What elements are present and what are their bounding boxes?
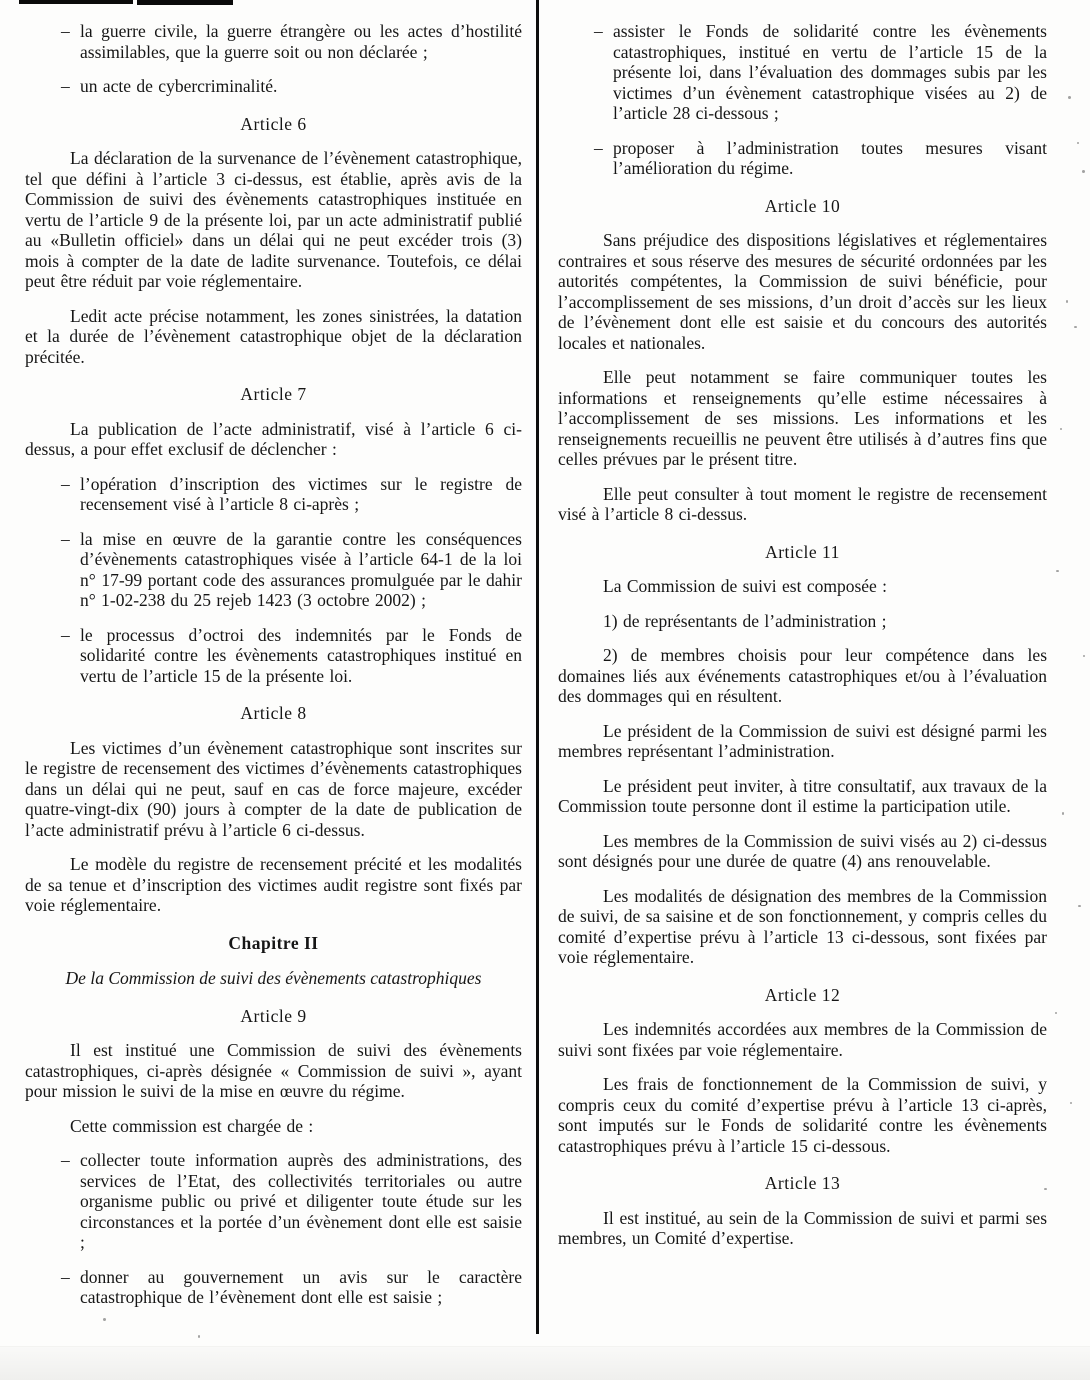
scan-speck — [103, 1318, 106, 1321]
bullet-dash: – — [594, 21, 613, 124]
bullet-dash: – — [61, 76, 80, 97]
bullet-dash: – — [61, 474, 80, 515]
bullet-dash: – — [594, 138, 613, 179]
paragraph: Il est institué une Commission de suivi … — [25, 1040, 522, 1102]
bullet-text: proposer à l’administration toutes mesur… — [613, 138, 1047, 179]
bullet-item: –la guerre civile, la guerre étrangère o… — [61, 21, 522, 62]
article-heading: Article 7 — [25, 384, 522, 405]
paragraph: 2) de membres choisis pour leur compéten… — [558, 645, 1047, 707]
scan-speck — [1082, 170, 1085, 173]
bullet-item: –proposer à l’administration toutes mesu… — [594, 138, 1047, 179]
left-column: –la guerre civile, la guerre étrangère o… — [0, 0, 537, 1308]
paragraph: Sans préjudice des dispositions législat… — [558, 230, 1047, 353]
paragraph: Ledit acte précise notamment, les zones … — [25, 306, 522, 368]
paragraph: Il est institué, au sein de la Commissio… — [558, 1208, 1047, 1249]
article-heading: Article 6 — [25, 114, 522, 135]
column-divider-rule — [536, 0, 539, 1334]
scan-speck — [1070, 1102, 1072, 1104]
bullet-item: –un acte de cybercriminalité. — [61, 76, 522, 97]
scanned-document-page: –la guerre civile, la guerre étrangère o… — [0, 0, 1090, 1380]
article-heading: Article 10 — [558, 196, 1047, 217]
article-heading: Article 11 — [558, 542, 1047, 563]
chapter-heading: Chapitre II — [25, 933, 522, 954]
bullet-text: le processus d’octroi des indemnités par… — [80, 625, 522, 687]
scan-speck — [198, 1335, 200, 1338]
bullet-text: l’opération d’inscription des victimes s… — [80, 474, 522, 515]
article-heading: Article 9 — [25, 1006, 522, 1027]
paragraph: Elle peut consulter à tout moment le reg… — [558, 484, 1047, 525]
scan-speck — [1066, 300, 1068, 303]
bullet-item: –la mise en œuvre de la garantie contre … — [61, 529, 522, 611]
scan-speck — [1077, 142, 1079, 144]
bullet-text: donner au gouvernement un avis sur le ca… — [80, 1267, 522, 1308]
paragraph: 1) de représentants de l’administration … — [558, 611, 1047, 632]
paragraph: Cette commission est chargée de : — [25, 1116, 522, 1137]
scan-speck — [1056, 570, 1059, 572]
bullet-text: assister le Fonds de solidarité contre l… — [613, 21, 1047, 124]
scan-bottom-band — [0, 1346, 1090, 1380]
paragraph: Le président de la Commission de suivi e… — [558, 721, 1047, 762]
section-title-italic: De la Commission de suivi des évènements… — [25, 968, 522, 989]
paragraph: Les indemnités accordées aux membres de … — [558, 1019, 1047, 1060]
paragraph: Les victimes d’un évènement catastrophiq… — [25, 738, 522, 841]
bullet-text: la guerre civile, la guerre étrangère ou… — [80, 21, 522, 62]
scan-speck — [1083, 655, 1085, 657]
paragraph: La Commission de suivi est composée : — [558, 576, 1047, 597]
scan-speck — [1074, 326, 1077, 328]
scan-speck — [1078, 905, 1081, 907]
scan-speck — [1062, 812, 1064, 815]
bullet-text: un acte de cybercriminalité. — [80, 76, 522, 97]
scan-speck — [1060, 428, 1062, 430]
paragraph: La publication de l’acte administratif, … — [25, 419, 522, 460]
article-heading: Article 12 — [558, 985, 1047, 1006]
paragraph: Le président peut inviter, à titre consu… — [558, 776, 1047, 817]
bullet-dash: – — [61, 529, 80, 611]
paragraph: Les modalités de désignation des membres… — [558, 886, 1047, 968]
bullet-text: collecter toute information auprès des a… — [80, 1150, 522, 1253]
article-heading: Article 13 — [558, 1173, 1047, 1194]
scan-speck — [1044, 1188, 1047, 1190]
bullet-item: –le processus d’octroi des indemnités pa… — [61, 625, 522, 687]
bullet-item: –l’opération d’inscription des victimes … — [61, 474, 522, 515]
bullet-item: –collecter toute information auprès des … — [61, 1150, 522, 1253]
paragraph: Les membres de la Commission de suivi vi… — [558, 831, 1047, 872]
bullet-dash: – — [61, 625, 80, 687]
bullet-dash: – — [61, 1267, 80, 1308]
bullet-dash: – — [61, 1150, 80, 1253]
article-heading: Article 8 — [25, 703, 522, 724]
bullet-item: –assister le Fonds de solidarité contre … — [594, 21, 1047, 124]
scan-speck — [1068, 96, 1071, 99]
scan-speck — [1055, 1012, 1057, 1014]
bullet-item: –donner au gouvernement un avis sur le c… — [61, 1267, 522, 1308]
paragraph: Le modèle du registre de recensement pré… — [25, 854, 522, 916]
bullet-text: la mise en œuvre de la garantie contre l… — [80, 529, 522, 611]
paragraph: Elle peut notamment se faire communiquer… — [558, 367, 1047, 470]
right-column: –assister le Fonds de solidarité contre … — [540, 0, 1090, 1249]
bullet-dash: – — [61, 21, 80, 62]
paragraph: Les frais de fonctionnement de la Commis… — [558, 1074, 1047, 1156]
paragraph: La déclaration de la survenance de l’évè… — [25, 148, 522, 292]
